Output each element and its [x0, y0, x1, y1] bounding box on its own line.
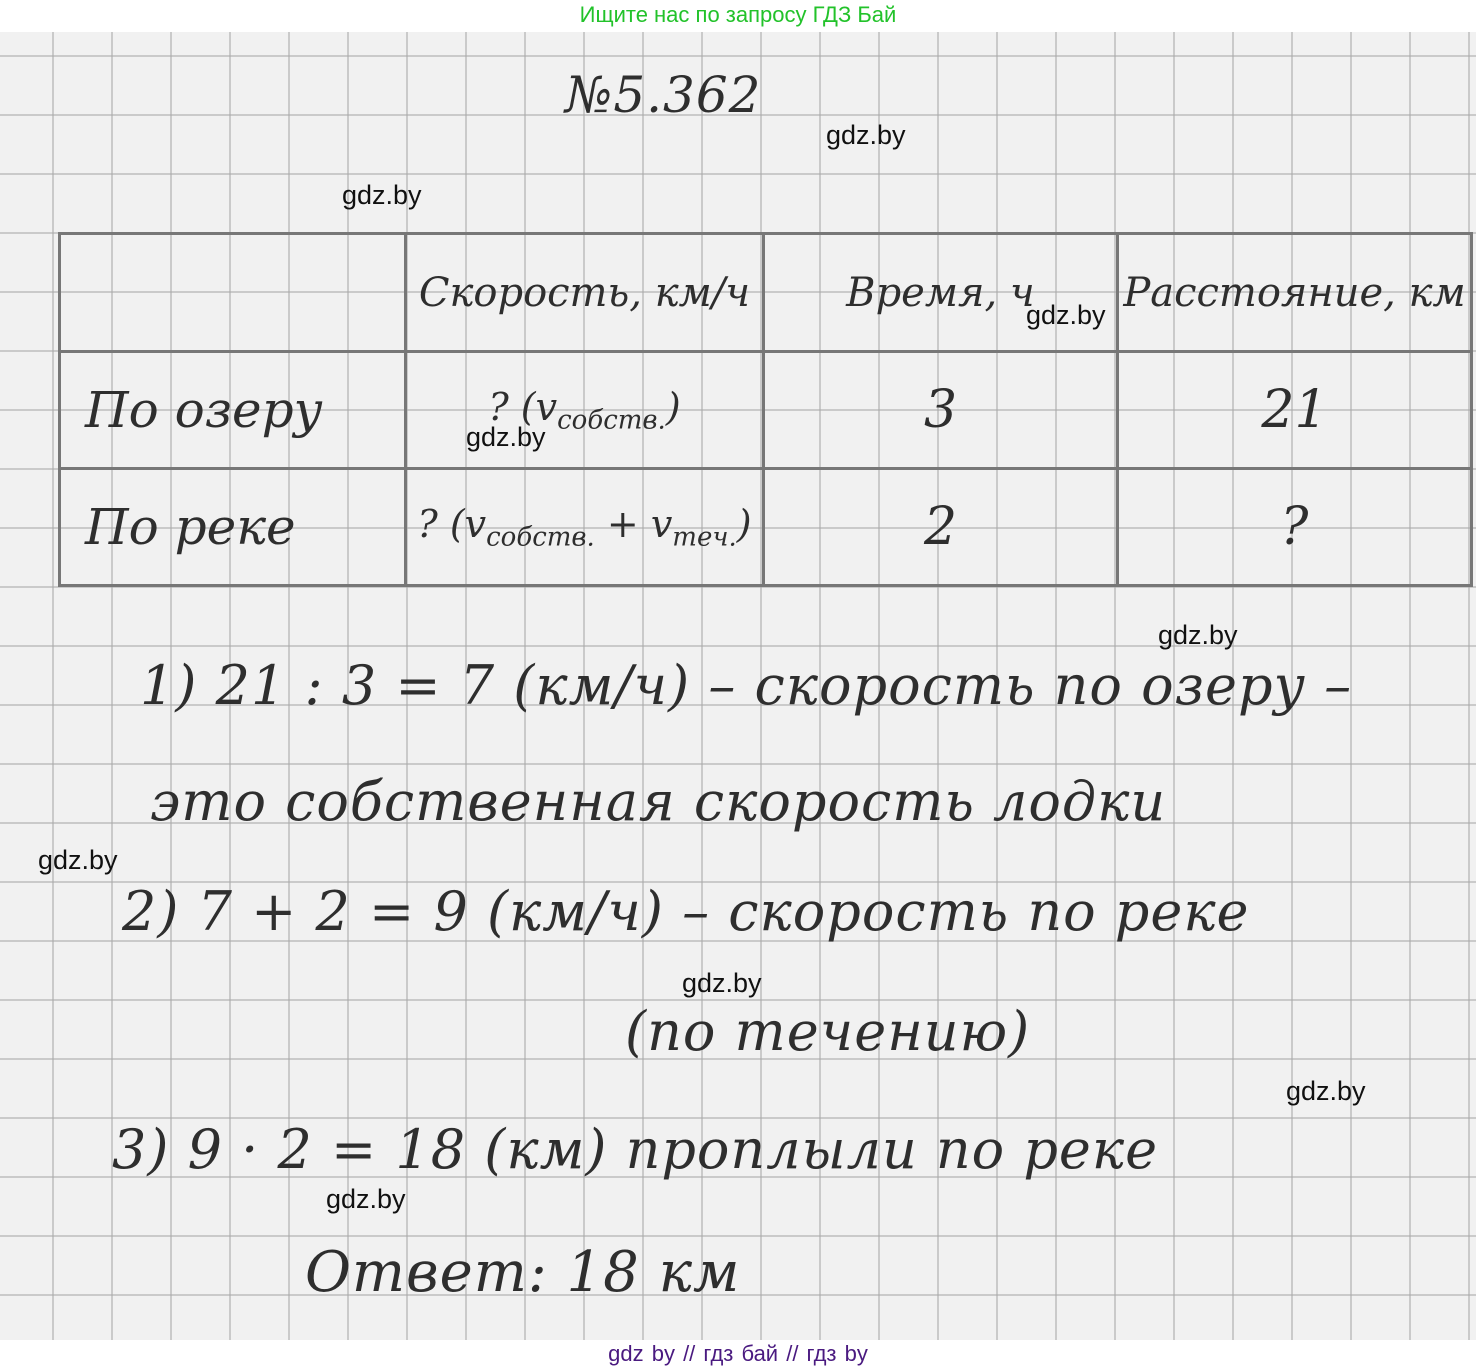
distance-cell: 21 [1118, 352, 1472, 469]
speed-close: ) [737, 502, 752, 546]
speed-cell: ? (vсобств.) [406, 352, 764, 469]
current-subscript: теч. [672, 522, 736, 552]
watermark: gdz.by [38, 845, 118, 876]
speed-value: ? (v [417, 502, 486, 546]
row-label: По озеру [60, 352, 406, 469]
row-label: По реке [60, 469, 406, 586]
bottom-banner[interactable]: gdz by // гдз бай // гдз by [0, 1340, 1476, 1371]
header-empty [60, 234, 406, 352]
header-speed: Скорость, км/ч [406, 234, 764, 352]
speed-close: ) [666, 385, 681, 429]
time-cell: 2 [764, 469, 1118, 586]
speed-cell: ? (vсобств. + vтеч.) [406, 469, 764, 586]
watermark: gdz.by [466, 422, 546, 453]
table-header-row: Скорость, км/ч Время, ч Расстояние, км [60, 234, 1472, 352]
time-cell: 3 [764, 352, 1118, 469]
problem-number: №5.362 [565, 66, 761, 124]
watermark: gdz.by [1158, 620, 1238, 651]
distance-cell: ? [1118, 469, 1472, 586]
solution-step-1: 1) 21 : 3 = 7 (км/ч) – скорость по озеру… [140, 654, 1352, 717]
solution-step-2: 2) 7 + 2 = 9 (км/ч) – скорость по реке [122, 880, 1250, 943]
table-row-lake: По озеру ? (vсобств.) 3 21 [60, 352, 1472, 469]
header-time: Время, ч [764, 234, 1118, 352]
speed-subscript: собств. [486, 522, 595, 552]
speed-subscript: собств. [557, 405, 666, 435]
task-table: Скорость, км/ч Время, ч Расстояние, км П… [58, 232, 1473, 587]
top-banner[interactable]: Ищите нас по запросу ГДЗ Бай [0, 0, 1476, 32]
watermark: gdz.by [326, 1184, 406, 1215]
header-distance: Расстояние, км [1118, 234, 1472, 352]
table-row-river: По реке ? (vсобств. + vтеч.) 2 ? [60, 469, 1472, 586]
answer: Ответ: 18 км [305, 1240, 740, 1305]
watermark: gdz.by [682, 968, 762, 999]
watermark: gdz.by [826, 120, 906, 151]
solution-step-2-note: (по течению) [625, 1000, 1030, 1063]
watermark: gdz.by [1026, 300, 1106, 331]
solution-step-3: 3) 9 · 2 = 18 (км) проплыли по реке [112, 1118, 1158, 1181]
solution-step-1-continued: это собственная скорость лодки [150, 770, 1166, 833]
watermark: gdz.by [1286, 1076, 1366, 1107]
watermark: gdz.by [342, 180, 422, 211]
speed-plus: + v [595, 502, 672, 546]
